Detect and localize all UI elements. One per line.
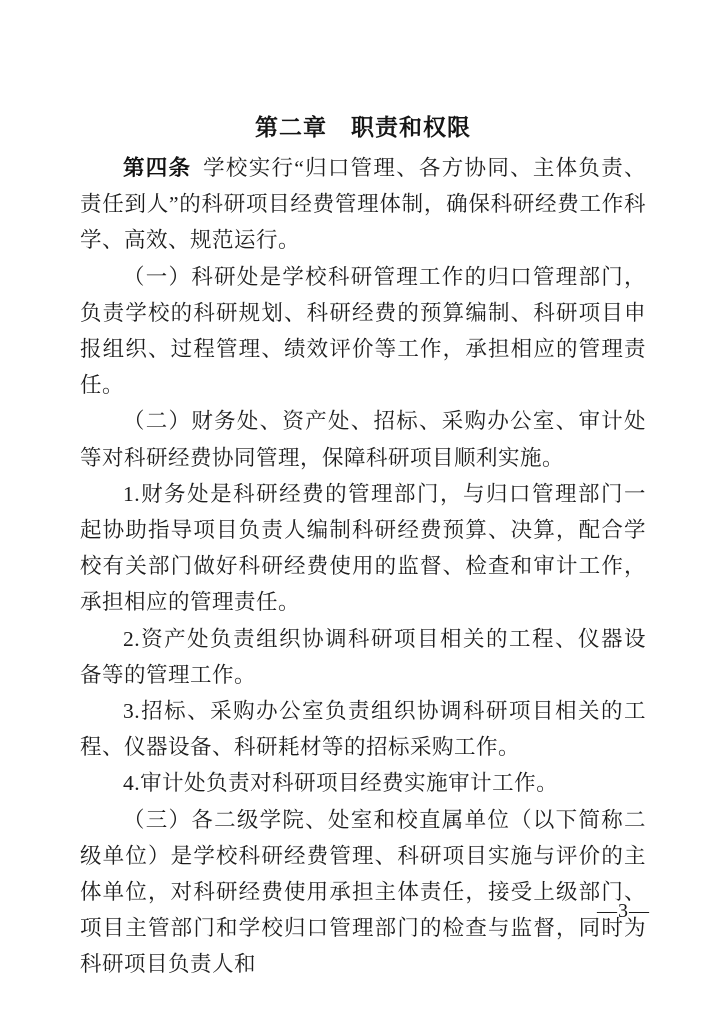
chapter-title: 第二章 职责和权限 [80,108,646,148]
page-number: —3— [597,900,650,923]
paragraph-sub-1: 1.财务处是科研经费的管理部门，与归口管理部门一起协助指导项目负责人编制科研经费… [80,476,646,621]
paragraph-sub-4: 4.审计处负责对科研项目经费实施审计工作。 [80,765,646,801]
paragraph-item-2: （二）财务处、资产处、招标、采购办公室、审计处等对科研经费协同管理，保障科研项目… [80,403,646,475]
paragraph-item-3: （三）各二级学院、处室和校直属单位（以下简称二级单位）是学校科研经费管理、科研项… [80,802,646,983]
text-block: 第二章 职责和权限 第四条学校实行“归口管理、各方协同、主体负责、责任到人”的科… [80,108,646,983]
document-page: 第二章 职责和权限 第四条学校实行“归口管理、各方协同、主体负责、责任到人”的科… [0,0,720,1018]
article-number: 第四条 [123,156,191,180]
paragraph-sub-3: 3.招标、采购办公室负责组织协调科研项目相关的工程、仪器设备、科研耗材等的招标采… [80,693,646,765]
article-paragraph: 第四条学校实行“归口管理、各方协同、主体负责、责任到人”的科研项目经费管理体制，… [80,150,646,259]
paragraph-item-1: （一）科研处是学校科研管理工作的归口管理部门，负责学校的科研规划、科研经费的预算… [80,259,646,404]
paragraph-sub-2: 2.资产处负责组织协调科研项目相关的工程、仪器设备等的管理工作。 [80,621,646,693]
